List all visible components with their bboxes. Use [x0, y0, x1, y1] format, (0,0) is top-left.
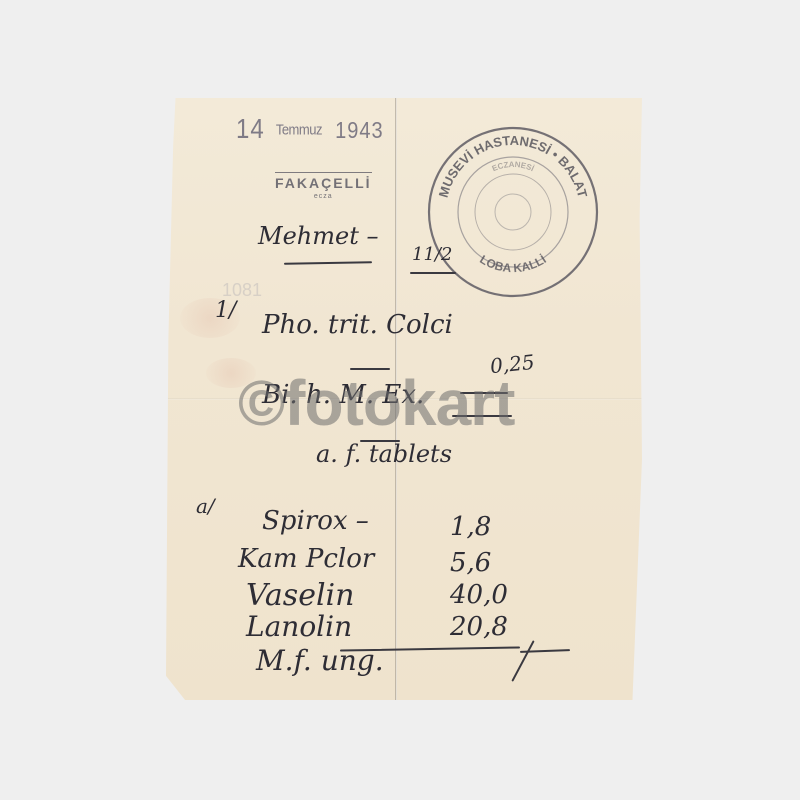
date-stamp: 14 Temmuz 1943	[236, 114, 384, 146]
rx-mark: 1/	[215, 298, 236, 323]
rx-dose: 0,25	[489, 350, 536, 379]
pharmacy-stamp: FAKAÇELLİ ecza	[275, 172, 372, 200]
paper-stain	[206, 358, 256, 388]
item-3-qty: 40,0	[450, 580, 508, 610]
ex-underline	[452, 415, 512, 417]
list-mark: a/	[196, 494, 215, 518]
header-suffix: 11/2	[412, 244, 452, 265]
item-4-name: Lanolin	[246, 610, 352, 643]
pharmacy-name: FAKAÇELLİ	[275, 172, 372, 191]
stamp-inner-text: ECZANESİ	[491, 160, 536, 173]
rx-line-1: Pho. trit. Colci	[262, 310, 453, 340]
item-1-qty: 1,8	[450, 512, 491, 542]
stamp-bottom-text: LOBA KALLİ	[477, 251, 548, 275]
date-day: 14	[236, 114, 265, 145]
scan-canvas: 1081 14 Temmuz 1943 FAKAÇELLİ ecza MUSEV…	[0, 0, 800, 800]
rx-line-4: a. f. tablets	[316, 440, 452, 468]
rx-line-3: Bi. h. M. Ex.	[262, 380, 424, 410]
item-2-name: Kam Pclor	[238, 544, 374, 574]
pharmacy-subtext: ecza	[275, 193, 372, 200]
ex-overline	[460, 392, 508, 394]
hospital-round-stamp: MUSEVİ HASTANESİ • BALAT LOBA KALLİ ECZA…	[424, 123, 602, 301]
item-2-qty: 5,6	[450, 548, 491, 578]
item-1-name: Spirox –	[262, 506, 369, 536]
patient-name: Mehmet –	[258, 222, 378, 250]
rx-divider	[350, 368, 390, 370]
date-year: 1943	[335, 119, 384, 144]
date-month: Temmuz	[276, 121, 322, 138]
item-3-name: Vaselin	[246, 578, 354, 613]
rx-divider	[360, 440, 400, 442]
underline	[410, 272, 456, 274]
item-4-qty: 20,8	[450, 612, 508, 642]
